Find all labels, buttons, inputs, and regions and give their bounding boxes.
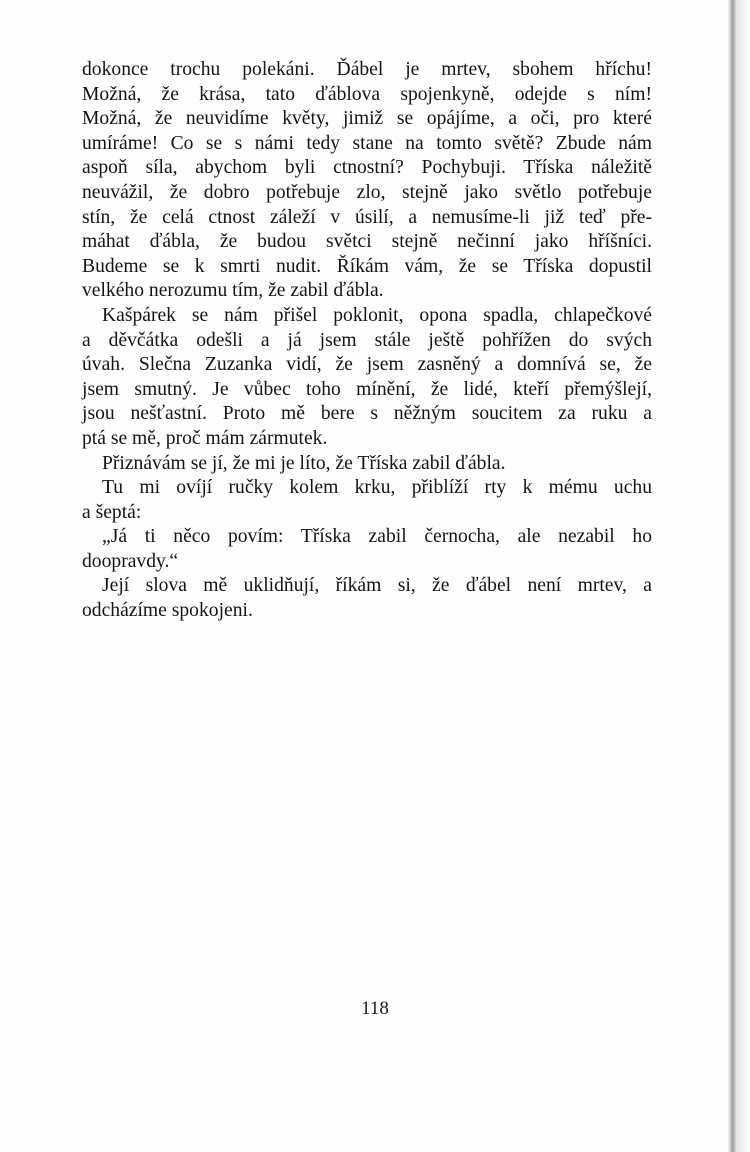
- text-line: stín, že celá ctnost záleží v úsilí, a n…: [82, 206, 652, 231]
- text-line: a šeptá:: [82, 501, 652, 526]
- text-line: úvah. Slečna Zuzanka vidí, že jsem zasně…: [82, 353, 652, 378]
- text-line: jsem smutný. Je vůbec toho mínění, že li…: [82, 378, 652, 403]
- book-page: dokonce trochu polekáni. Ďábel je mrtev,…: [0, 0, 750, 1152]
- text-line: dokonce trochu polekáni. Ďábel je mrtev,…: [82, 58, 652, 83]
- text-line: Přiznávám se jí, že mi je líto, že Třísk…: [82, 452, 652, 477]
- text-line: jsou nešťastní. Proto mě bere s něžným s…: [82, 402, 652, 427]
- text-line: Možná, že neuvidíme květy, jimiž se opáj…: [82, 107, 652, 132]
- text-line: Možná, že krása, tato ďáblova spojenkyně…: [82, 83, 652, 108]
- text-line: „Já ti něco povím: Tříska zabil černocha…: [82, 525, 652, 550]
- text-line: Budeme se k smrti nudit. Říkám vám, že s…: [82, 255, 652, 280]
- page-edge-shadow: [736, 0, 750, 1152]
- text-line: ptá se mě, proč mám zármutek.: [82, 427, 652, 452]
- text-line: Kašpárek se nám přišel poklonit, opona s…: [82, 304, 652, 329]
- text-line: aspoň síla, abychom byli ctnostní? Pochy…: [82, 156, 652, 181]
- text-line: Její slova mě uklidňují, říkám si, že ďá…: [82, 574, 652, 599]
- text-line: umíráme! Co se s námi tedy stane na tomt…: [82, 132, 652, 157]
- text-line: máhat ďábla, že budou světci stejně neči…: [82, 230, 652, 255]
- text-line: velkého nerozumu tím, že zabil ďábla.: [82, 279, 652, 304]
- body-text: dokonce trochu polekáni. Ďábel je mrtev,…: [82, 58, 652, 624]
- page-number: 118: [0, 998, 750, 1020]
- text-line: Tu mi ovíjí ručky kolem krku, přiblíží r…: [82, 476, 652, 501]
- page-binding-edge: [728, 0, 736, 1152]
- text-line: a děvčátka odešli a já jsem stále ještě …: [82, 329, 652, 354]
- text-line: doopravdy.“: [82, 550, 652, 575]
- text-line: neuvážil, že dobro potřebuje zlo, stejně…: [82, 181, 652, 206]
- text-line: odcházíme spokojeni.: [82, 599, 652, 624]
